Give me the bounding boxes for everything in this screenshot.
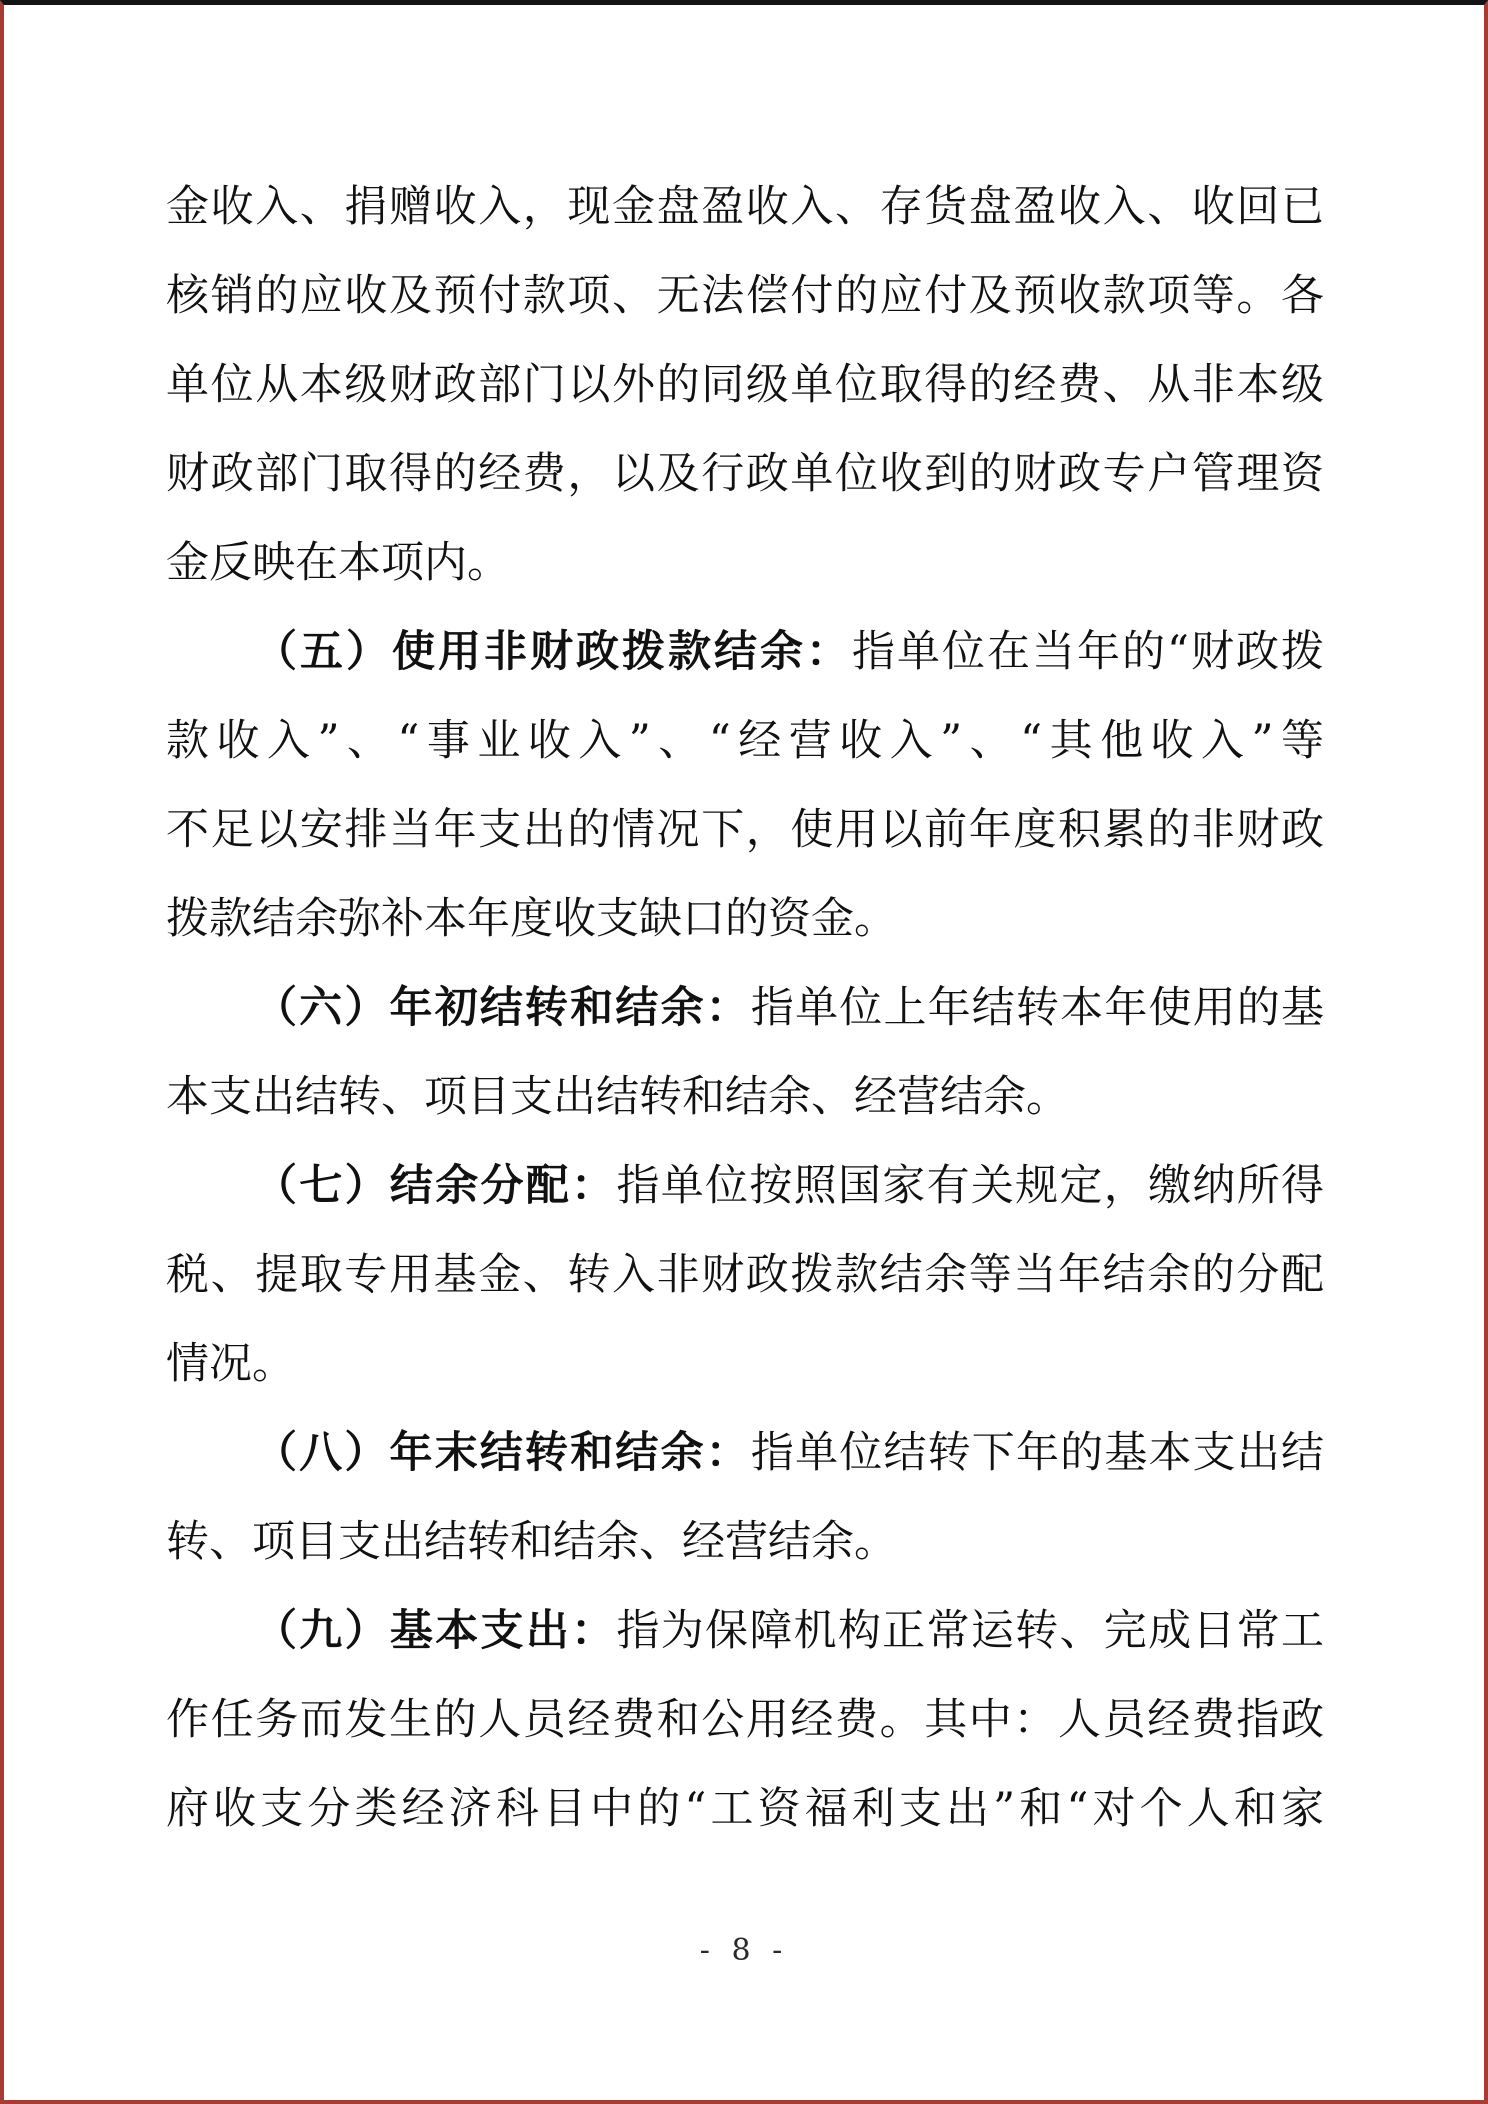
text-line: 税、提取专用基金、转入非财政拨款结余等当年结余的分配 — [166, 1231, 1324, 1320]
body-text: 金收入、捐赠收入，现金盘盈收入、存货盘盈收入、收回已 核销的应收及预付款项、无法… — [166, 163, 1324, 1854]
text-line: （七）结余分配：指单位按照国家有关规定，缴纳所得 — [166, 1142, 1324, 1231]
line-text: 核销的应收及预付款项、无法偿付的应付及预收款项等。各 — [166, 271, 1324, 321]
line-text: 款收入”、“事业收入”、“经营收入”、“其他收入”等 — [166, 716, 1324, 766]
line-text: 不足以安排当年支出的情况下，使用以前年度积累的非财政 — [166, 805, 1324, 855]
line-text: 拨款结余弥补本年度收支缺口的资金。 — [166, 894, 897, 944]
text-line: 本支出结转、项目支出结转和结余、经营结余。 — [166, 1053, 1324, 1142]
term-heading: （七）结余分配： — [254, 1161, 616, 1211]
line-text: 财政部门取得的经费，以及行政单位收到的财政专户管理资 — [166, 449, 1324, 499]
term-heading: （六）年初结转和结余： — [254, 983, 751, 1033]
text-line: 府收支分类经济科目中的“工资福利支出”和“对个人和家 — [166, 1765, 1324, 1854]
line-text: 指单位按照国家有关规定，缴纳所得 — [616, 1161, 1324, 1211]
line-text: 指单位结转下年的基本支出结 — [751, 1428, 1324, 1478]
line-text: 单位从本级财政部门以外的同级单位取得的经费、从非本级 — [166, 360, 1324, 410]
text-line: 作任务而发生的人员经费和公用经费。其中：人员经费指政 — [166, 1676, 1324, 1765]
line-text: 指为保障机构正常运转、完成日常工 — [616, 1606, 1324, 1656]
text-line: （五）使用非财政拨款结余：指单位在当年的“财政拨 — [166, 608, 1324, 697]
text-line: 金反映在本项内。 — [166, 519, 1324, 608]
line-text: 作任务而发生的人员经费和公用经费。其中：人员经费指政 — [166, 1695, 1324, 1745]
text-line: （六）年初结转和结余：指单位上年结转本年使用的基 — [166, 964, 1324, 1053]
line-text: 税、提取专用基金、转入非财政拨款结余等当年结余的分配 — [166, 1250, 1324, 1300]
line-text: 金反映在本项内。 — [166, 538, 510, 588]
term-heading: （九）基本支出： — [254, 1606, 616, 1656]
text-line: 财政部门取得的经费，以及行政单位收到的财政专户管理资 — [166, 430, 1324, 519]
line-text: 指单位在当年的“财政拨 — [852, 627, 1324, 677]
text-line: 单位从本级财政部门以外的同级单位取得的经费、从非本级 — [166, 341, 1324, 430]
line-text: 府收支分类经济科目中的“工资福利支出”和“对个人和家 — [166, 1784, 1324, 1834]
term-heading: （五）使用非财政拨款结余： — [254, 627, 852, 677]
text-line: 转、项目支出结转和结余、经营结余。 — [166, 1498, 1324, 1587]
line-text: 转、项目支出结转和结余、经营结余。 — [166, 1517, 897, 1567]
text-line: 情况。 — [166, 1320, 1324, 1409]
line-text: 情况。 — [166, 1339, 295, 1389]
text-line: 拨款结余弥补本年度收支缺口的资金。 — [166, 875, 1324, 964]
text-line: （九）基本支出：指为保障机构正常运转、完成日常工 — [166, 1587, 1324, 1676]
text-line: 款收入”、“事业收入”、“经营收入”、“其他收入”等 — [166, 697, 1324, 786]
text-line: 不足以安排当年支出的情况下，使用以前年度积累的非财政 — [166, 786, 1324, 875]
term-heading: （八）年末结转和结余： — [254, 1428, 751, 1478]
line-text: 指单位上年结转本年使用的基 — [751, 983, 1324, 1033]
document-page: 金收入、捐赠收入，现金盘盈收入、存货盘盈收入、收回已 核销的应收及预付款项、无法… — [0, 0, 1488, 2104]
text-line: （八）年末结转和结余：指单位结转下年的基本支出结 — [166, 1409, 1324, 1498]
line-text: 本支出结转、项目支出结转和结余、经营结余。 — [166, 1072, 1069, 1122]
line-text: 金收入、捐赠收入，现金盘盈收入、存货盘盈收入、收回已 — [166, 182, 1324, 232]
text-line: 核销的应收及预付款项、无法偿付的应付及预收款项等。各 — [166, 252, 1324, 341]
text-line: 金收入、捐赠收入，现金盘盈收入、存货盘盈收入、收回已 — [166, 163, 1324, 252]
page-number: - 8 - — [4, 1933, 1484, 1968]
